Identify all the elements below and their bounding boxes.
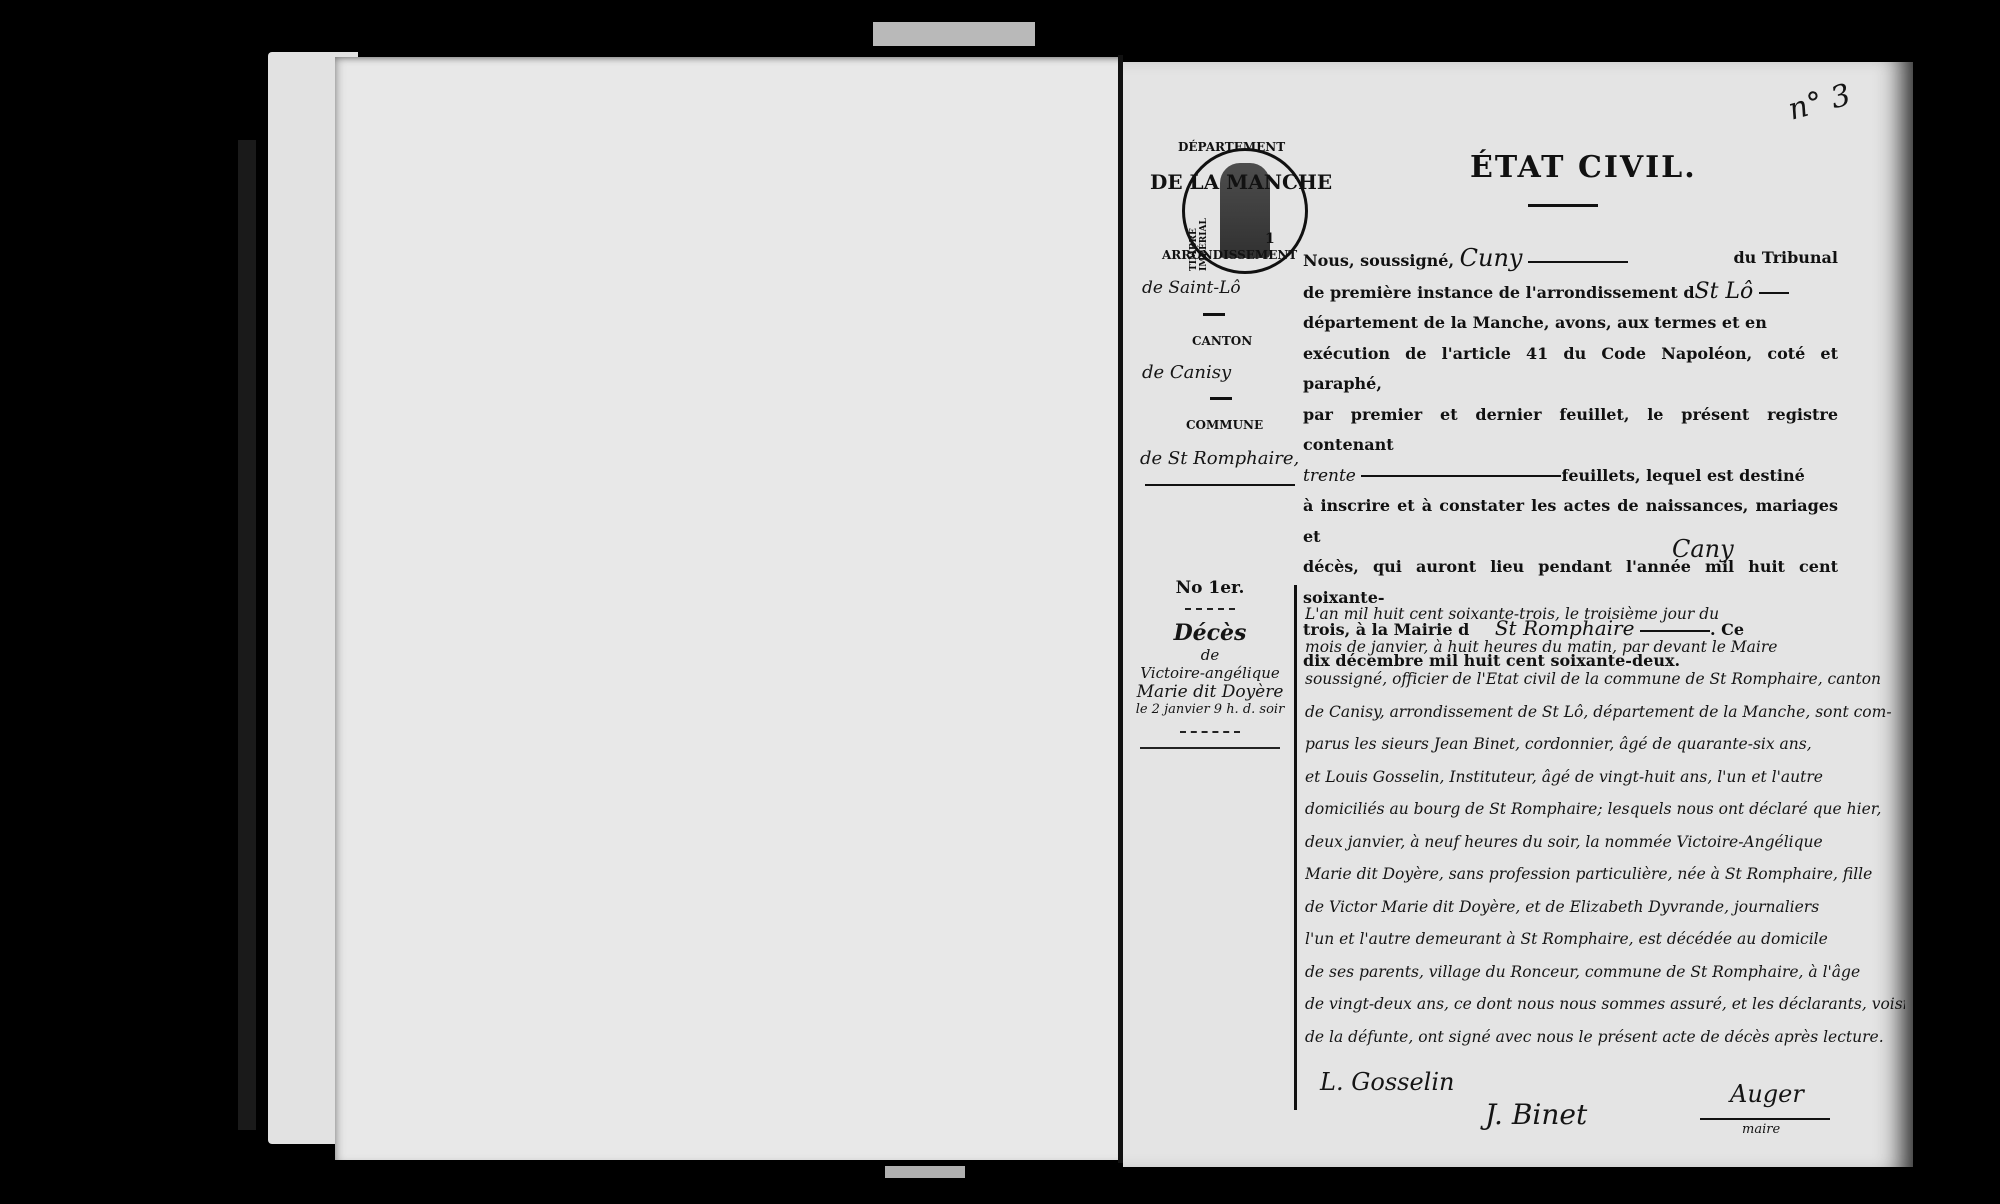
preamble-line-2: de première instance de l'arrondissement…	[1303, 277, 1838, 309]
act-de: de	[1130, 646, 1290, 664]
signature-gosselin: L. Gosselin	[1320, 1068, 1454, 1096]
separator	[1145, 484, 1295, 486]
deceased-name-line2: Marie dit Doyère	[1130, 682, 1290, 702]
act-line: de Victor Marie dit Doyère, et de Elizab…	[1305, 891, 1905, 924]
bottom-tab-strip	[885, 1166, 965, 1178]
preamble-line-1: Nous, soussigné, Cuny du Tribunal	[1303, 243, 1838, 277]
commune-label: COMMUNE	[1186, 418, 1263, 432]
commune-value: de St Romphaire,	[1140, 448, 1299, 469]
title-ornament	[1528, 204, 1598, 207]
arrondissement-label: ARRONDISSEMENT	[1162, 248, 1297, 262]
death-date: le 2 janvier 9 h. d. soir	[1130, 702, 1290, 717]
top-tab-strip	[873, 22, 1035, 46]
separator	[1185, 608, 1235, 610]
preamble-line-6: trente feuillets, lequel est destiné	[1303, 461, 1838, 492]
signature-binet: J. Binet	[1485, 1098, 1587, 1131]
deceased-name-line1: Victoire-angélique	[1130, 664, 1290, 682]
left-page-blank	[335, 57, 1120, 1160]
preamble-line-7: à inscrire et à constater les actes de n…	[1303, 491, 1838, 552]
signature-flourish	[1700, 1118, 1830, 1120]
act-line: L'an mil huit cent soixante-trois, le tr…	[1305, 598, 1905, 631]
preamble-line-5: par premier et dernier feuillet, le prés…	[1303, 400, 1838, 461]
canton-label: CANTON	[1192, 334, 1252, 348]
act-line: de Canisy, arrondissement de St Lô, dépa…	[1305, 696, 1905, 729]
act-line: de ses parents, village du Ronceur, comm…	[1305, 956, 1905, 989]
act-body: L'an mil huit cent soixante-trois, le tr…	[1305, 598, 1905, 1053]
act-column-rule	[1294, 585, 1297, 1110]
preamble-line-4: exécution de l'article 41 du Code Napolé…	[1303, 339, 1838, 400]
separator	[1140, 747, 1280, 749]
act-line: soussigné, officier de l'Etat civil de l…	[1305, 663, 1905, 696]
act-line: et Louis Gosselin, Instituteur, âgé de v…	[1305, 761, 1905, 794]
preamble-line-3: département de la Manche, avons, aux ter…	[1303, 308, 1838, 339]
separator	[1203, 313, 1225, 316]
mayor-title: maire	[1742, 1122, 1780, 1137]
act-line: deux janvier, à neuf heures du soir, la …	[1305, 826, 1905, 859]
act-line: mois de janvier, à huit heures du matin,…	[1305, 631, 1905, 664]
arrondissement-value: de Saint-Lô	[1142, 278, 1241, 298]
departement-value: DE LA MANCHE	[1150, 170, 1332, 194]
act-line: Marie dit Doyère, sans profession partic…	[1305, 858, 1905, 891]
act-margin: No 1er. Décès de Victoire-angélique Mari…	[1130, 578, 1290, 749]
act-line: l'un et l'autre demeurant à St Romphaire…	[1305, 923, 1905, 956]
act-line: de la défunte, ont signé avec nous le pr…	[1305, 1021, 1905, 1054]
separator	[1210, 397, 1232, 400]
act-type: Décès	[1130, 620, 1290, 646]
signature-mayor: Auger	[1730, 1080, 1804, 1108]
stamp-value: 1	[1265, 231, 1275, 247]
act-line: parus les sieurs Jean Binet, cordonnier,…	[1305, 728, 1905, 761]
judge-signature: Cany	[1672, 535, 1734, 563]
departement-label: DÉPARTEMENT	[1178, 140, 1285, 154]
act-number: No 1er.	[1130, 578, 1290, 598]
book-spine-shadow	[238, 140, 256, 1130]
canton-value: de Canisy	[1142, 362, 1231, 383]
act-line: de vingt-deux ans, ce dont nous nous som…	[1305, 988, 1905, 1021]
page-title: ÉTAT CIVIL.	[1470, 150, 1697, 185]
separator	[1180, 731, 1240, 733]
act-line: domiciliés au bourg de St Romphaire; les…	[1305, 793, 1905, 826]
